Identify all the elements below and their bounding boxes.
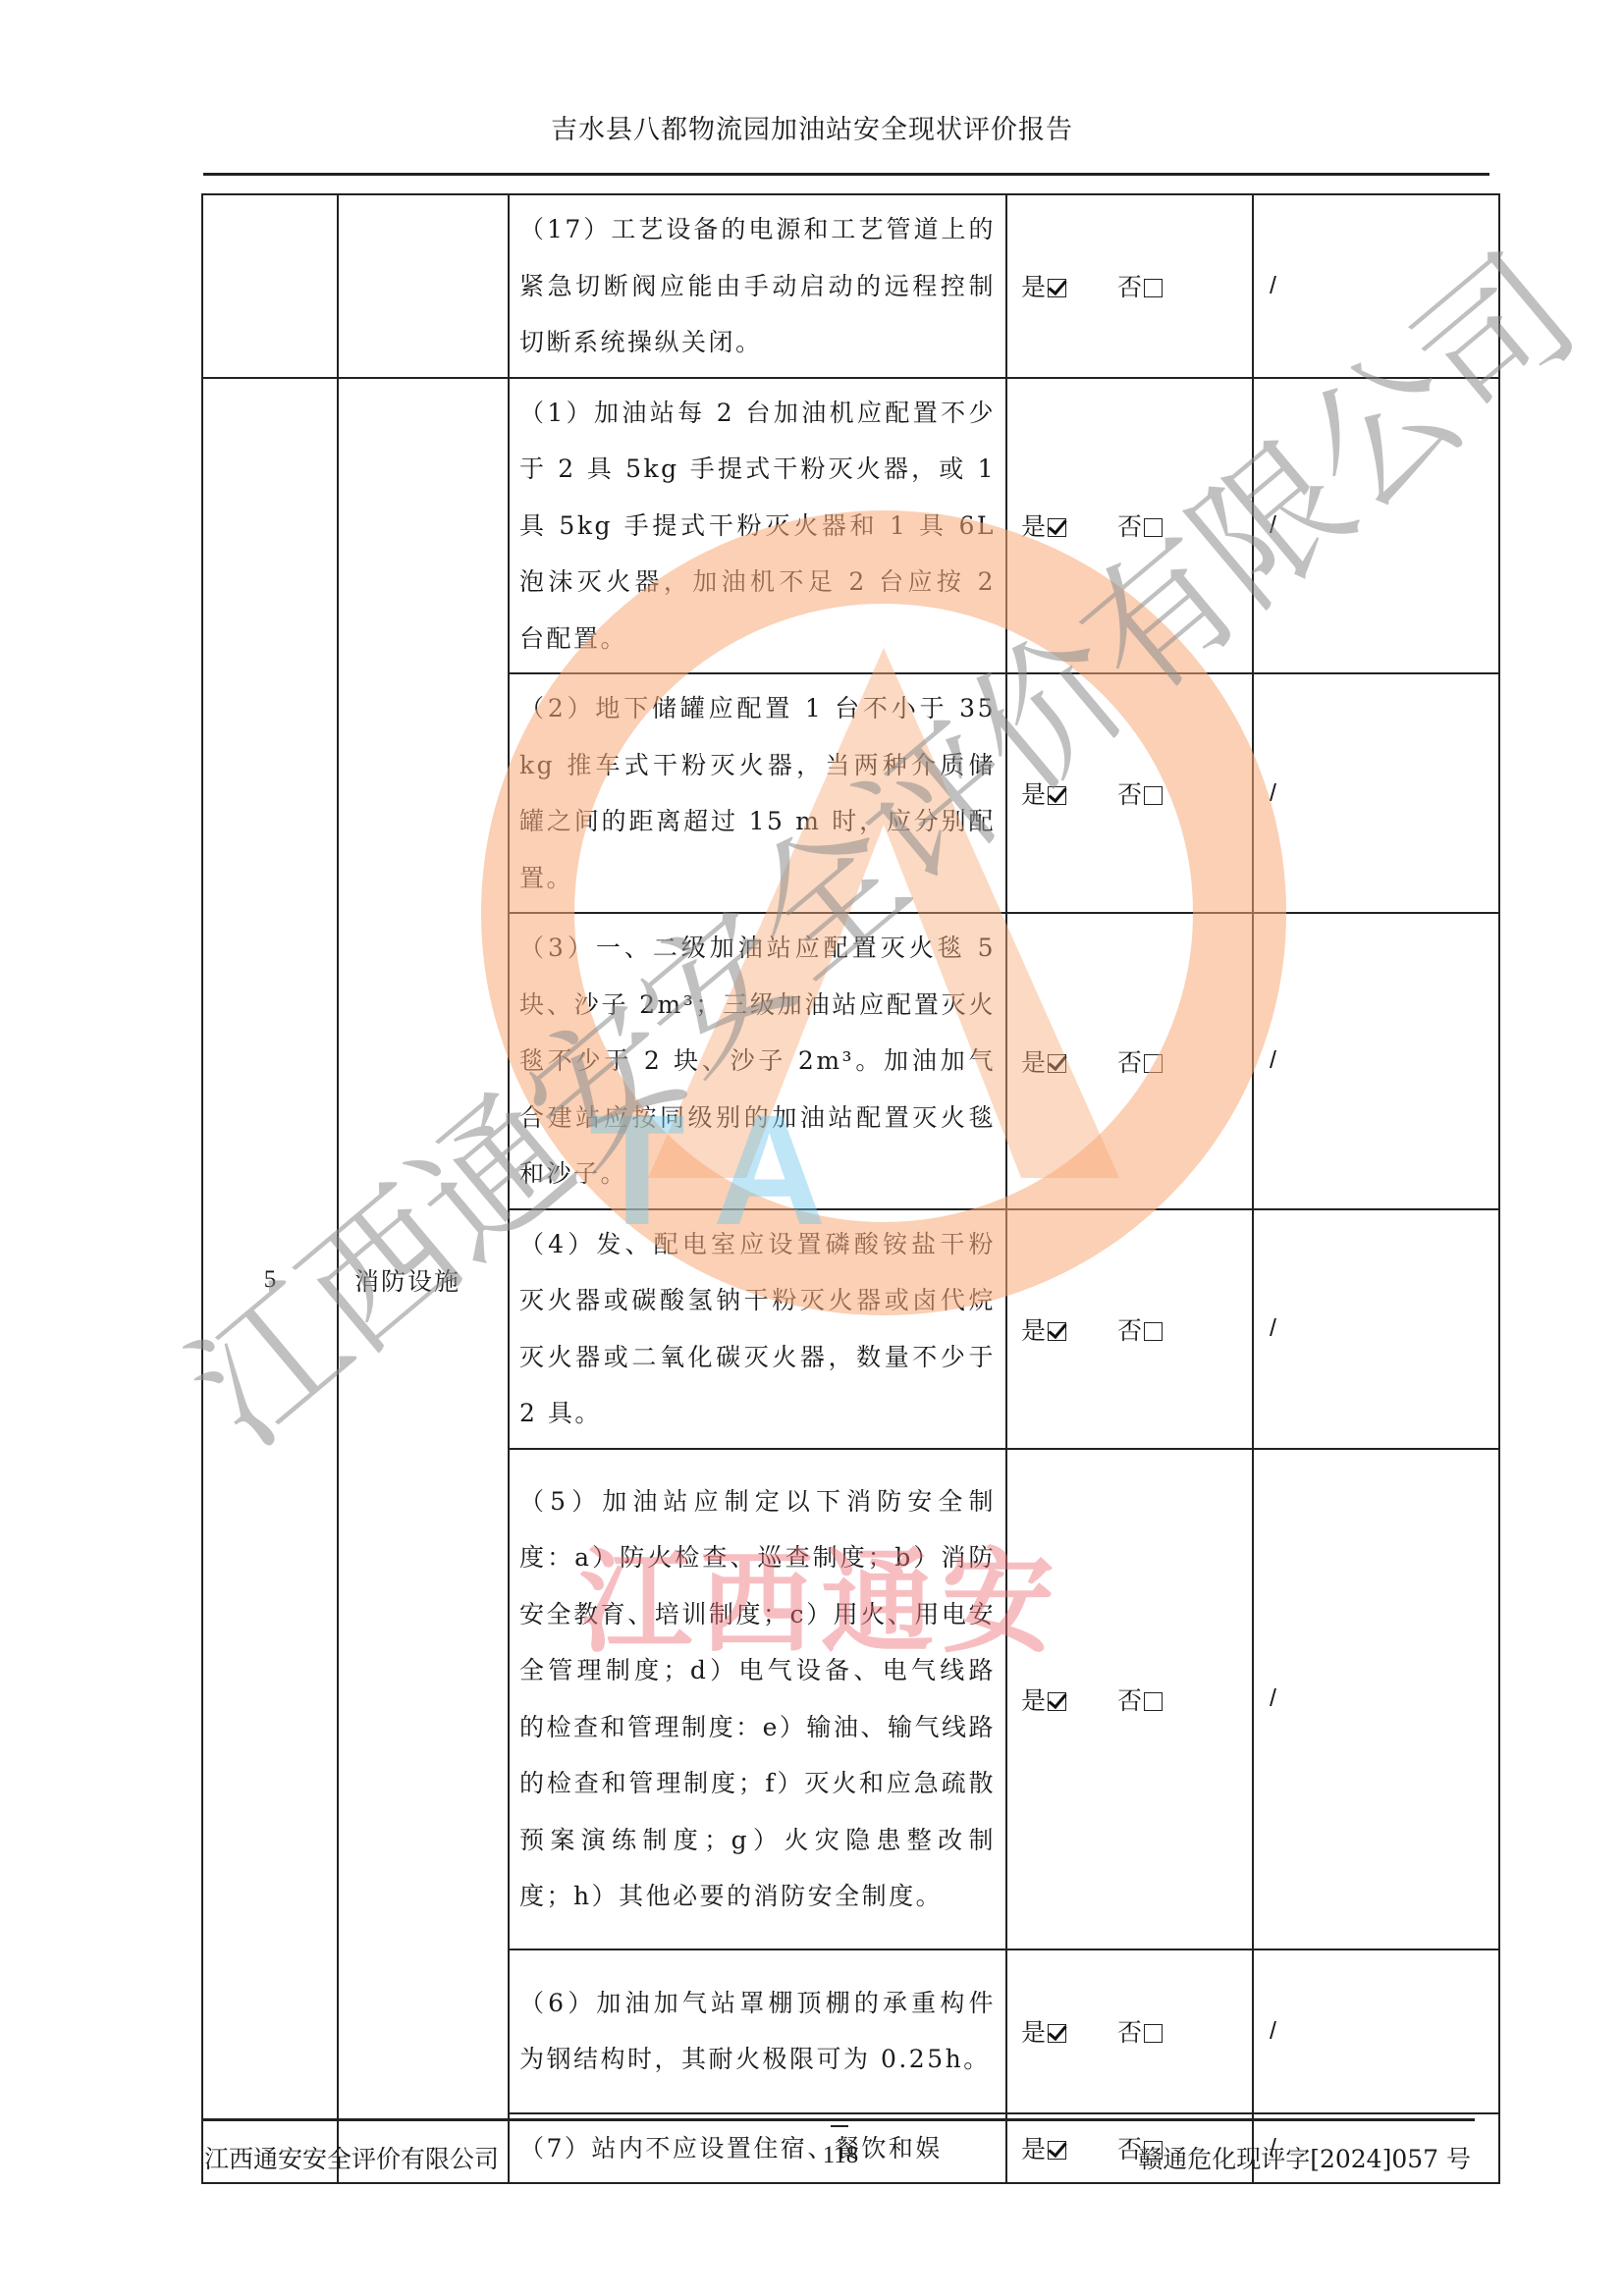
table-row: 5 消防设施 （1）加油站每 2 台加油机应配置不少于 2 具 5kg 手提式干… [202, 378, 1499, 674]
footer-divider [203, 2118, 1475, 2121]
yes-checkbox-checked-icon[interactable] [1048, 2141, 1066, 2160]
remark-cell: / [1253, 1209, 1499, 1449]
section-item-name: 消防设施 [338, 378, 509, 2184]
yes-no-check: 是 否 [1006, 1949, 1253, 2113]
remark-cell: / [1253, 913, 1499, 1209]
no-label: 否 [1117, 507, 1142, 543]
remark-cell: / [1253, 1449, 1499, 1949]
remark-cell: / [1253, 673, 1499, 913]
yes-label: 是 [1021, 268, 1046, 303]
yes-no-check: 是 否 [1006, 1449, 1253, 1949]
requirement-text: （7）站内不应设置住宿、餐饮和娱 [509, 2113, 1006, 2184]
yes-checkbox-checked-icon[interactable] [1048, 1692, 1066, 1711]
yes-checkbox-checked-icon[interactable] [1048, 1322, 1066, 1341]
yes-no-check: 是 否 [1006, 913, 1253, 1209]
yes-label: 是 [1021, 775, 1046, 811]
no-checkbox-empty-icon[interactable] [1144, 1692, 1163, 1711]
no-checkbox-empty-icon[interactable] [1144, 2024, 1163, 2043]
requirement-text: （2）地下储罐应配置 1 台不小于 35 kg 推车式干粉灭火器，当两种介质储罐… [509, 673, 1006, 913]
no-checkbox-empty-icon[interactable] [1144, 786, 1163, 805]
yes-no-check: 是 否 [1006, 378, 1253, 674]
number-cell-empty [202, 194, 338, 378]
no-label: 否 [1117, 2013, 1142, 2049]
yes-no-check: 是 否 [1006, 194, 1253, 378]
remark-cell: / [1253, 378, 1499, 674]
yes-checkbox-checked-icon[interactable] [1048, 786, 1066, 805]
yes-checkbox-checked-icon[interactable] [1048, 279, 1066, 297]
no-label: 否 [1117, 1311, 1142, 1347]
no-checkbox-empty-icon[interactable] [1144, 1054, 1163, 1073]
requirement-text: （4）发、配电室应设置磷酸铵盐干粉灭火器或碳酸氢钠干粉灭火器或卤代烷灭火器或二氧… [509, 1209, 1006, 1449]
safety-checklist-table: （17）工艺设备的电源和工艺管道上的紧急切断阀应能由手动启动的远程控制切断系统操… [201, 193, 1500, 2184]
requirement-text: （3）一、二级加油站应配置灭火毯 5 块、沙子 2m³；三级加油站应配置灭火毯不… [509, 913, 1006, 1209]
footer-page-mark [831, 2125, 848, 2127]
section-number: 5 [202, 378, 338, 2184]
yes-label: 是 [1021, 507, 1046, 543]
footer-doc-number: 赣通危化现评字[2024]057 号 [1138, 2140, 1471, 2175]
no-checkbox-empty-icon[interactable] [1144, 518, 1163, 537]
yes-label: 是 [1021, 1682, 1046, 1717]
no-label: 否 [1117, 775, 1142, 811]
yes-no-check: 是 否 [1006, 673, 1253, 913]
table-row: （17）工艺设备的电源和工艺管道上的紧急切断阀应能由手动启动的远程控制切断系统操… [202, 194, 1499, 378]
yes-label: 是 [1021, 2130, 1046, 2165]
yes-label: 是 [1021, 2013, 1046, 2049]
no-label: 否 [1117, 1682, 1142, 1717]
remark-cell: / [1253, 1949, 1499, 2113]
page-header-title: 吉水县八都物流园加油站安全现状评价报告 [0, 108, 1624, 146]
yes-checkbox-checked-icon[interactable] [1048, 2024, 1066, 2043]
no-checkbox-empty-icon[interactable] [1144, 279, 1163, 297]
requirement-text: （5）加油站应制定以下消防安全制度：a）防火检查、巡查制度；b）消防安全教育、培… [509, 1449, 1006, 1949]
footer-company: 江西通安安全评价有限公司 [204, 2140, 499, 2175]
footer-page-number: 118 [791, 2142, 890, 2169]
yes-label: 是 [1021, 1043, 1046, 1079]
no-label: 否 [1117, 1043, 1142, 1079]
no-checkbox-empty-icon[interactable] [1144, 1322, 1163, 1341]
yes-checkbox-checked-icon[interactable] [1048, 518, 1066, 537]
yes-checkbox-checked-icon[interactable] [1048, 1054, 1066, 1073]
yes-no-check: 是 否 [1006, 1209, 1253, 1449]
yes-label: 是 [1021, 1311, 1046, 1347]
item-cell-empty [338, 194, 509, 378]
requirement-text: （1）加油站每 2 台加油机应配置不少于 2 具 5kg 手提式干粉灭火器，或 … [509, 378, 1006, 674]
header-divider [203, 173, 1489, 176]
requirement-text: （17）工艺设备的电源和工艺管道上的紧急切断阀应能由手动启动的远程控制切断系统操… [509, 194, 1006, 378]
remark-cell: / [1253, 194, 1499, 378]
requirement-text: （6）加油加气站罩棚顶棚的承重构件为钢结构时，其耐火极限可为 0.25h。 [509, 1949, 1006, 2113]
no-label: 否 [1117, 268, 1142, 303]
